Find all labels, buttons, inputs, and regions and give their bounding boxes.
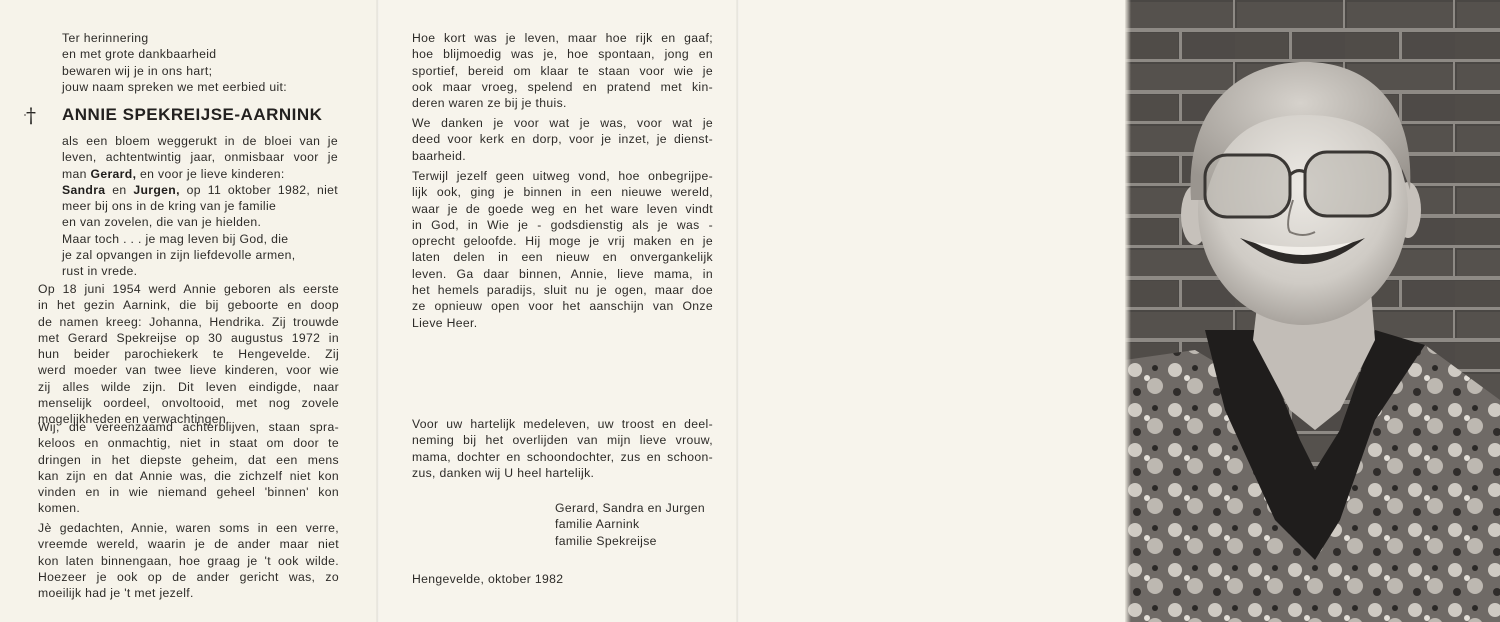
signatory: familie Aarnink — [555, 516, 705, 532]
text-line: We danken je voor wat je was, voor wat j… — [412, 115, 713, 131]
family-member-name: Gerard, — [91, 167, 137, 181]
text-line: deren waren ze bij je thuis. — [412, 95, 713, 111]
text-line: met Gerard Spekreijse op 30 augustus 197… — [38, 330, 339, 346]
biography: Op 18 juni 1954 werd Annie geboren als e… — [38, 281, 339, 428]
paper-stain — [755, 0, 785, 6]
portrait-photo — [1125, 0, 1500, 622]
text-line: Op 18 juni 1954 werd Annie geboren als e… — [38, 281, 339, 297]
portrait-image — [1125, 0, 1500, 622]
text-line: leven. Ga daar binnen, Annie, lieve mama… — [412, 266, 713, 282]
text-line: moeilijk had je 't met jezelf. — [38, 585, 339, 601]
poem: als een bloem weggerukt in de bloei van … — [62, 133, 338, 280]
tribute-paragraph: Hoe kort was je leven, maar hoe rijk en … — [412, 30, 713, 111]
text-line: baarheid. — [412, 148, 713, 164]
poem-line: als een bloem weggerukt in de bloei van … — [62, 133, 338, 149]
text-line: werd moeder van twee lieve kinderen, voo… — [38, 362, 339, 378]
thoughts-paragraph: Jè gedachten, Annie, waren soms in een v… — [38, 520, 339, 601]
text-line: menselijk oordeel, onvoltooid, met nog z… — [38, 395, 339, 411]
poem-line: leven, achtentwintig jaar, onmisbaar voo… — [62, 149, 338, 165]
poem-line: je zal opvangen in zijn liefdevolle arme… — [62, 247, 338, 263]
text-line: ze opnieuw open voor het aanschijn van O… — [412, 298, 713, 314]
text-line: ook maar vroeg, spelend en pratend met k… — [412, 79, 713, 95]
text-line: waar je de goede weg en het ware leven v… — [412, 201, 713, 217]
family-member-name: Jurgen, — [133, 183, 179, 197]
panel-blank — [737, 0, 1125, 622]
intro-line: Ter herinnering — [62, 30, 287, 46]
text-line: keloos en onmachtig, niet in staat om do… — [38, 435, 339, 451]
family-member-name: Sandra — [62, 183, 105, 197]
text-line: kon laten binnengaan, hoe graag je 't oo… — [38, 553, 339, 569]
text-line: hoe blijmoedig was je, hoe spontaan, jon… — [412, 46, 713, 62]
text-line: lijk ook, ging je binnen in een nieuwe w… — [412, 184, 713, 200]
text-line: in God, in Wie je - godsdienstig als je … — [412, 217, 713, 233]
text-line: neming bij het overlijden van mijn lieve… — [412, 432, 713, 448]
poem-line: man Gerard, en voor je lieve kinderen: — [62, 166, 338, 182]
signatory: Gerard, Sandra en Jurgen — [555, 500, 705, 516]
gratitude-paragraph: We danken je voor wat je was, voor wat j… — [412, 115, 713, 164]
thanks-paragraph: Voor uw hartelijk medeleven, uw troost e… — [412, 416, 713, 481]
text-line: mama, dochter en schoondochter, zus en s… — [412, 449, 713, 465]
text-line: Terwijl jezelf geen uitweg vond, hoe onb… — [412, 168, 713, 184]
cross-icon: † — [26, 105, 40, 125]
text-line: deed voor kerk en dorp, voor je inzet, j… — [412, 131, 713, 147]
text-line: dringen in het diepste geheim, dat een m… — [38, 452, 339, 468]
intro-line: en met grote dankbaarheid — [62, 46, 287, 62]
deceased-name: ANNIE SPEKREIJSE-AARNINK — [62, 105, 322, 125]
text-line: het hemels paradijs, sluit nu je ogen, m… — [412, 282, 713, 298]
intro-verse: Ter herinnering en met grote dankbaarhei… — [62, 30, 287, 95]
faith-paragraph: Terwijl jezelf geen uitweg vond, hoe onb… — [412, 168, 713, 331]
text-line: Voor uw hartelijk medeleven, uw troost e… — [412, 416, 713, 432]
intro-line: bewaren wij je in ons hart; — [62, 63, 287, 79]
text-line: Hoe kort was je leven, maar hoe rijk en … — [412, 30, 713, 46]
text-line: vinden en in wie niemand geheel 'binnen'… — [38, 484, 339, 500]
poem-line: meer bij ons in de kring van je familie — [62, 198, 338, 214]
intro-line: jouw naam spreken we met eerbied uit: — [62, 79, 287, 95]
fold-line — [376, 0, 379, 622]
text-line: Lieve Heer. — [412, 315, 713, 331]
signatories: Gerard, Sandra en Jurgen familie Aarnink… — [555, 500, 705, 549]
text-line: zij alles wilde zijn. Dit leven eindigde… — [38, 379, 339, 395]
text-line: in het gezin Aarnink, die bij geboorte e… — [38, 297, 339, 313]
reflection-paragraph: Wij, die vereenzaamd achterblijven, staa… — [38, 419, 339, 517]
signatory: familie Spekreijse — [555, 533, 705, 549]
text-line: Jè gedachten, Annie, waren soms in een v… — [38, 520, 339, 536]
text-line: Hoezeer je ook op de ander gericht was, … — [38, 569, 339, 585]
memorial-card: Ter herinnering en met grote dankbaarhei… — [0, 0, 1500, 622]
poem-line: Maar toch . . . je mag leven bij God, di… — [62, 231, 338, 247]
text-line: vreemde wereld, waarin je de ander maar … — [38, 536, 339, 552]
fold-line — [736, 0, 739, 622]
photo-edge — [1125, 0, 1131, 622]
place-date: Hengevelde, oktober 1982 — [412, 571, 563, 587]
poem-line: en van zovelen, die van je hielden. — [62, 214, 338, 230]
text-line: komen. — [38, 500, 339, 516]
text-line: hun beider parochiekerk te Hengevelde. Z… — [38, 346, 339, 362]
text-line: de namen kreeg: Johanna, Hendrika. Zij t… — [38, 314, 339, 330]
text-line: kan zijn en dat Annie was, die zichzelf … — [38, 468, 339, 484]
poem-line: rust in vrede. — [62, 263, 338, 279]
poem-line: Sandra en Jurgen, op 11 oktober 1982, ni… — [62, 182, 338, 198]
text-line: zus, danken wij U heel hartelijk. — [412, 465, 713, 481]
text-line: oprecht geloofde. Hij moge je vrij maken… — [412, 233, 713, 249]
deceased-heading: † ANNIE SPEKREIJSE-AARNINK — [26, 105, 322, 125]
text-line: sportief, bereid om klaar te staan voor … — [412, 63, 713, 79]
text-line: Wij, die vereenzaamd achterblijven, staa… — [38, 419, 339, 435]
text-line: laten delen in een nieuw en onvergankeli… — [412, 249, 713, 265]
